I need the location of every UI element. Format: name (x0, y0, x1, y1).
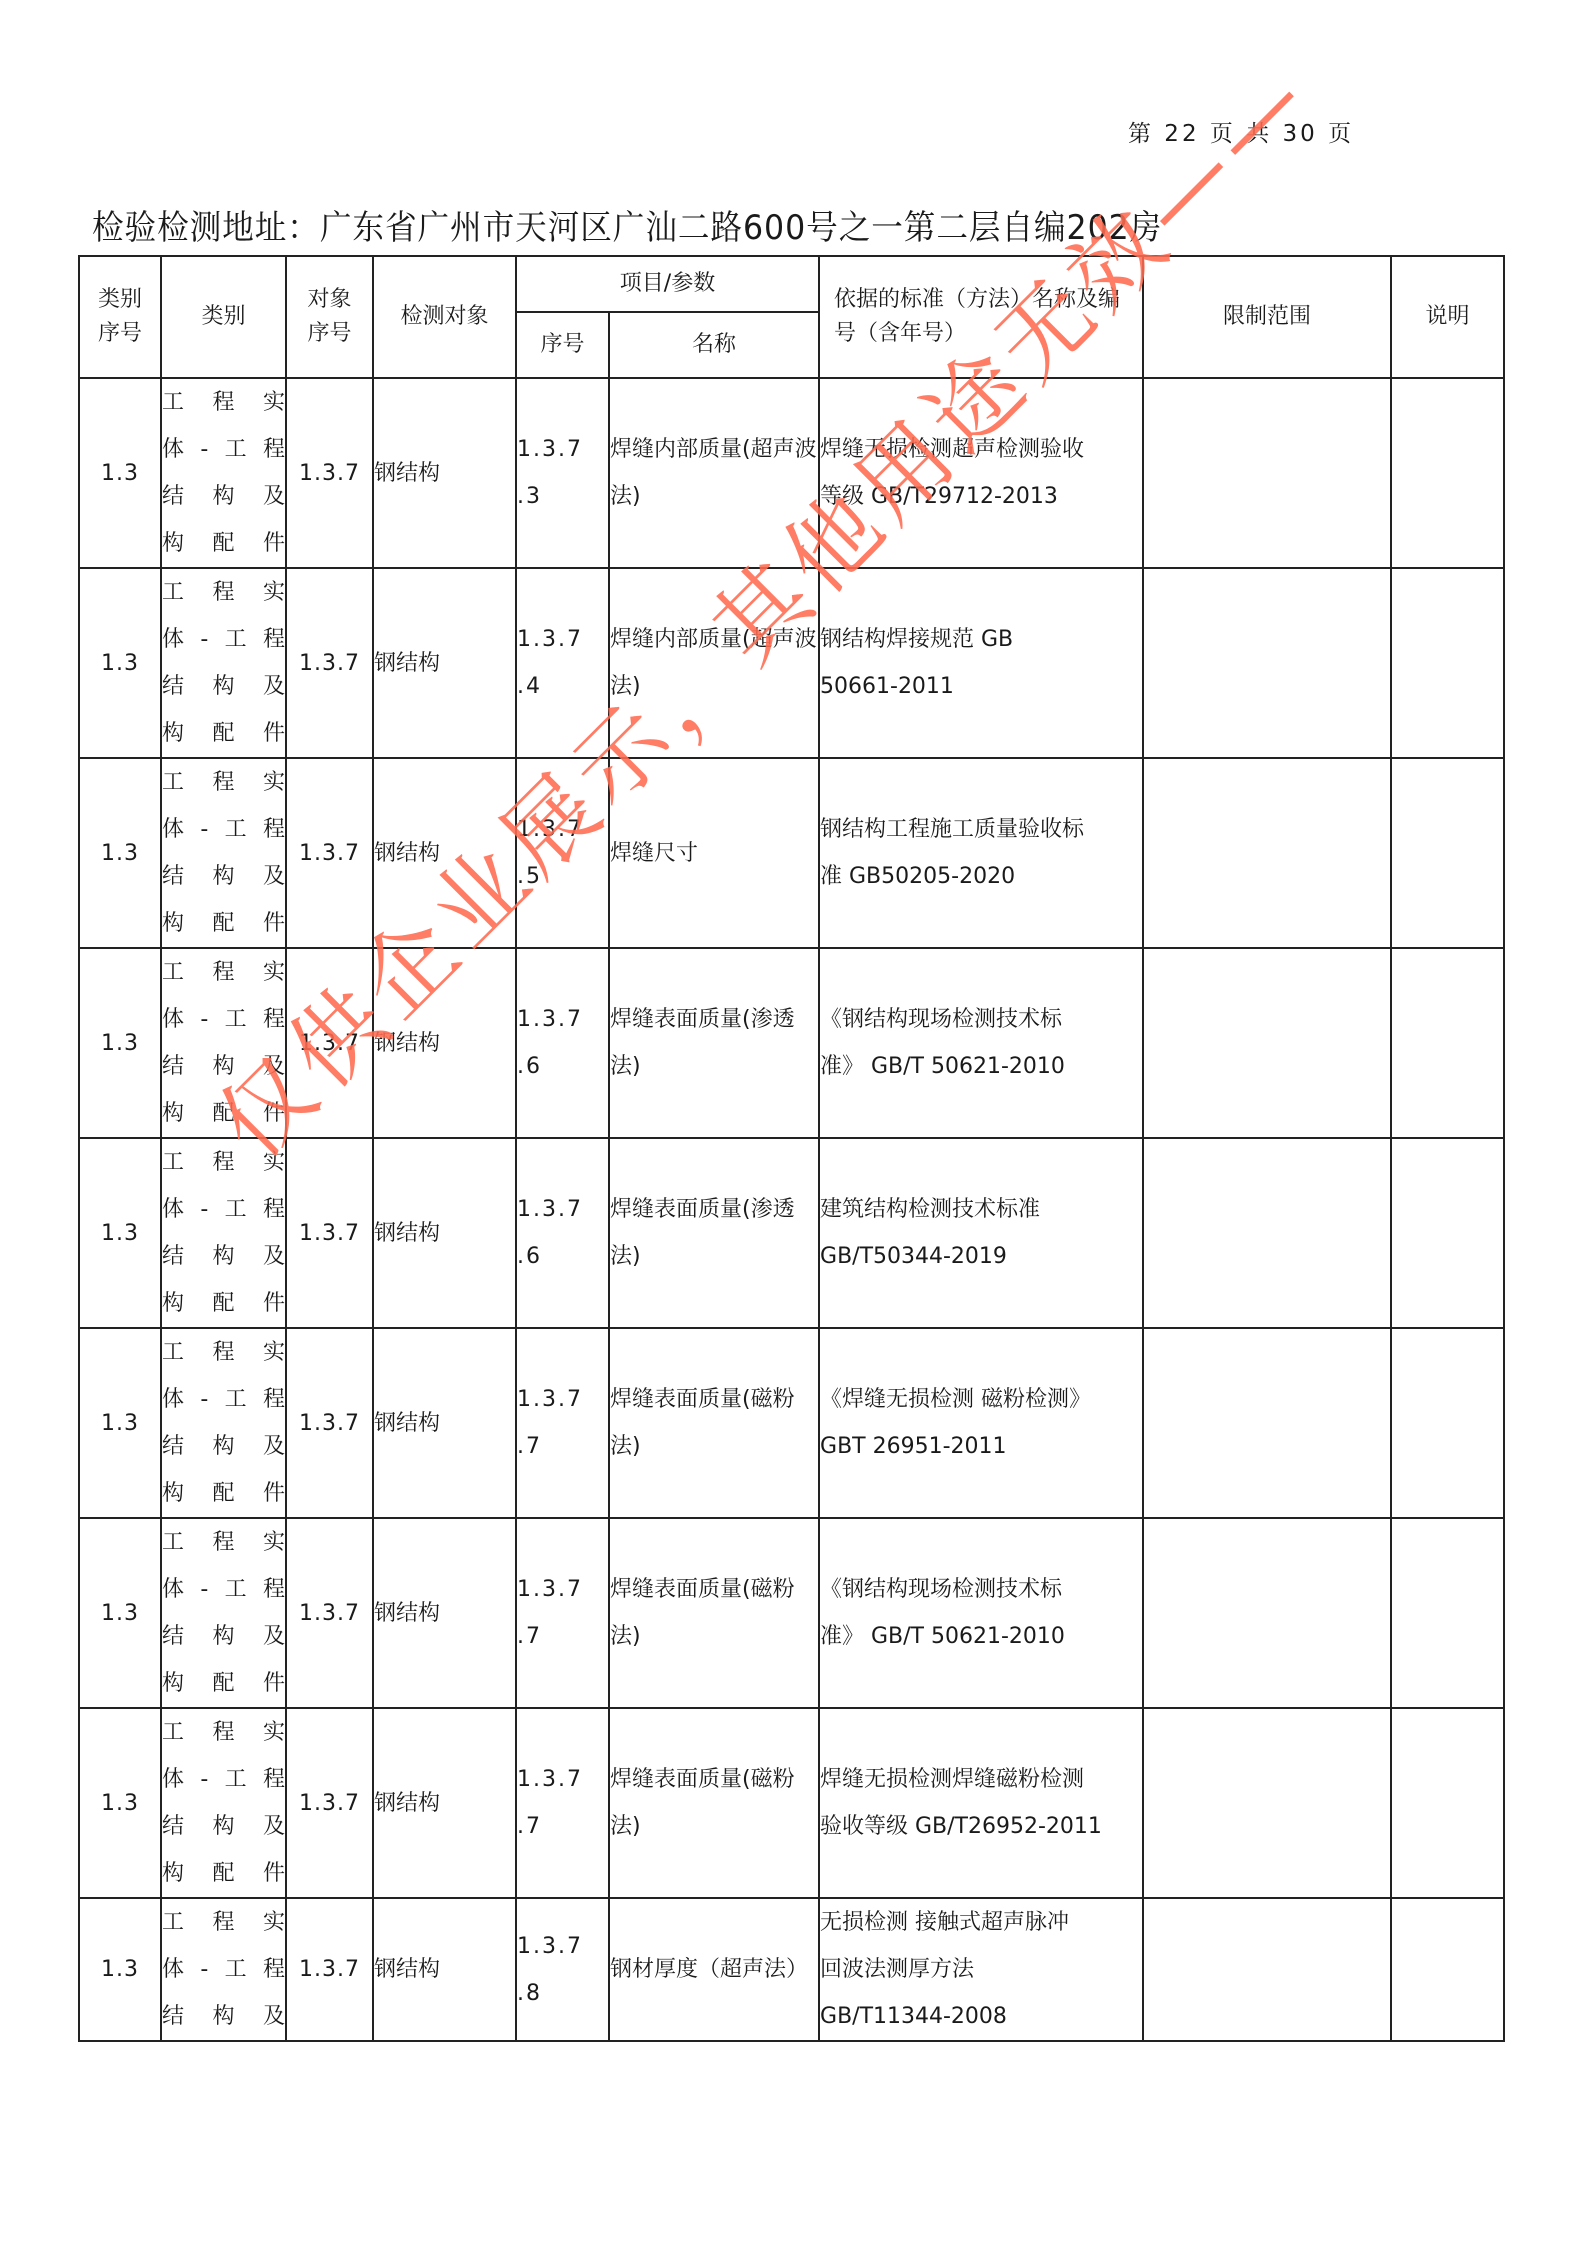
category-line: 体-工程 (162, 996, 285, 1043)
item-seq-line: 1.3.7 (517, 426, 608, 473)
standard-line: 准》 GB/T 50621-2010 (820, 1613, 1142, 1660)
cell-object-seq: 1.3.7 (286, 1518, 373, 1708)
cell-item-seq: 1.3.7.8 (516, 1898, 609, 2041)
category-line: 结构及 (162, 1613, 285, 1660)
standard-line: 准 GB50205-2020 (820, 853, 1142, 900)
standard-line: GBT 26951-2011 (820, 1423, 1142, 1470)
cell-category-seq: 1.3 (79, 1518, 161, 1708)
cell-item-name: 焊缝内部质量(超声波法) (609, 568, 819, 758)
item-seq-line: .7 (517, 1613, 608, 1660)
item-seq-line: .6 (517, 1233, 608, 1280)
category-line: 结构及 (162, 1043, 285, 1090)
cell-item-name: 焊缝表面质量(渗透法) (609, 948, 819, 1138)
cell-category: 工程实体-工程结构及构配件 (161, 948, 286, 1138)
item-seq-line: .7 (517, 1803, 608, 1850)
cell-category: 工程实体-工程结构及 (161, 1898, 286, 2041)
table-row: 1.3工程实体-工程结构及构配件1.3.7钢结构1.3.7.3焊缝内部质量(超声… (79, 378, 1504, 568)
item-seq-line: .8 (517, 1970, 608, 2017)
table-row: 1.3工程实体-工程结构及构配件1.3.7钢结构1.3.7.7焊缝表面质量(磁粉… (79, 1328, 1504, 1518)
cell-limit-range (1143, 758, 1391, 948)
header-item-seq: 序号 (516, 312, 609, 378)
header-limit-range: 限制范围 (1143, 256, 1391, 378)
category-line: 工程实 (162, 1139, 285, 1186)
category-line: 体-工程 (162, 616, 285, 663)
item-seq-line: 1.3.7 (517, 1376, 608, 1423)
header-category-seq: 类别 序号 (79, 256, 161, 378)
cell-item-name: 焊缝尺寸 (609, 758, 819, 948)
standard-line: 建筑结构检测技术标准 (820, 1186, 1142, 1233)
item-seq-line: 1.3.7 (517, 1186, 608, 1233)
category-line: 构配件 (162, 900, 285, 947)
category-line: 体-工程 (162, 1566, 285, 1613)
cell-remarks (1391, 1708, 1504, 1898)
table-row: 1.3工程实体-工程结构及构配件1.3.7钢结构1.3.7.6焊缝表面质量(渗透… (79, 1138, 1504, 1328)
cell-object-seq: 1.3.7 (286, 758, 373, 948)
standard-line: 无损检测 接触式超声脉冲 (820, 1899, 1142, 1946)
cell-limit-range (1143, 1708, 1391, 1898)
table-body: 1.3工程实体-工程结构及构配件1.3.7钢结构1.3.7.3焊缝内部质量(超声… (79, 378, 1504, 2041)
cell-category: 工程实体-工程结构及构配件 (161, 1708, 286, 1898)
cell-limit-range (1143, 1898, 1391, 2041)
item-seq-line: 1.3.7 (517, 1923, 608, 1970)
cell-test-object: 钢结构 (373, 568, 516, 758)
table-row: 1.3工程实体-工程结构及构配件1.3.7钢结构1.3.7.5焊缝尺寸钢结构工程… (79, 758, 1504, 948)
cell-item-name: 焊缝表面质量(磁粉法) (609, 1328, 819, 1518)
standard-line: 等级 GB/T29712-2013 (820, 473, 1142, 520)
category-line: 结构及 (162, 1993, 285, 2040)
cell-limit-range (1143, 568, 1391, 758)
cell-object-seq: 1.3.7 (286, 378, 373, 568)
category-line: 构配件 (162, 1280, 285, 1327)
table-row: 1.3工程实体-工程结构及构配件1.3.7钢结构1.3.7.7焊缝表面质量(磁粉… (79, 1708, 1504, 1898)
cell-standard: 钢结构焊接规范 GB50661-2011 (819, 568, 1143, 758)
header-test-object: 检测对象 (373, 256, 516, 378)
header-item-name: 名称 (609, 312, 819, 378)
category-line: 结构及 (162, 1423, 285, 1470)
standard-line: 回波法测厚方法 (820, 1946, 1142, 1993)
cell-standard: 无损检测 接触式超声脉冲回波法测厚方法GB/T11344-2008 (819, 1898, 1143, 2041)
cell-test-object: 钢结构 (373, 1328, 516, 1518)
category-line: 工程实 (162, 759, 285, 806)
cell-test-object: 钢结构 (373, 1138, 516, 1328)
category-line: 工程实 (162, 1519, 285, 1566)
standard-line: 焊缝无损检测超声检测验收 (820, 426, 1142, 473)
cell-limit-range (1143, 1518, 1391, 1708)
category-line: 构配件 (162, 520, 285, 567)
table-row: 1.3工程实体-工程结构及构配件1.3.7钢结构1.3.7.6焊缝表面质量(渗透… (79, 948, 1504, 1138)
category-line: 结构及 (162, 853, 285, 900)
cell-remarks (1391, 378, 1504, 568)
header-category: 类别 (161, 256, 286, 378)
item-seq-line: .6 (517, 1043, 608, 1090)
item-seq-line: 1.3.7 (517, 1756, 608, 1803)
cell-remarks (1391, 1328, 1504, 1518)
cell-object-seq: 1.3.7 (286, 948, 373, 1138)
standard-line: 焊缝无损检测焊缝磁粉检测 (820, 1756, 1142, 1803)
cell-category-seq: 1.3 (79, 1328, 161, 1518)
cell-category-seq: 1.3 (79, 378, 161, 568)
cell-item-seq: 1.3.7.4 (516, 568, 609, 758)
category-line: 工程实 (162, 949, 285, 996)
cell-item-name: 焊缝表面质量(磁粉法) (609, 1708, 819, 1898)
cell-item-name: 焊缝表面质量(磁粉法) (609, 1518, 819, 1708)
cell-item-seq: 1.3.7.6 (516, 948, 609, 1138)
cell-category-seq: 1.3 (79, 1138, 161, 1328)
cell-category: 工程实体-工程结构及构配件 (161, 758, 286, 948)
category-line: 工程实 (162, 1329, 285, 1376)
table-row: 1.3工程实体-工程结构及构配件1.3.7钢结构1.3.7.4焊缝内部质量(超声… (79, 568, 1504, 758)
category-line: 结构及 (162, 1233, 285, 1280)
category-line: 构配件 (162, 1090, 285, 1137)
item-seq-line: .3 (517, 473, 608, 520)
cell-category-seq: 1.3 (79, 568, 161, 758)
category-line: 工程实 (162, 1899, 285, 1946)
item-seq-line: 1.3.7 (517, 1566, 608, 1613)
category-line: 结构及 (162, 473, 285, 520)
standard-line: GB/T11344-2008 (820, 1993, 1142, 2040)
category-line: 体-工程 (162, 426, 285, 473)
cell-remarks (1391, 758, 1504, 948)
cell-remarks (1391, 568, 1504, 758)
standard-line: 准》 GB/T 50621-2010 (820, 1043, 1142, 1090)
category-line: 体-工程 (162, 806, 285, 853)
cell-test-object: 钢结构 (373, 378, 516, 568)
header-remarks: 说明 (1391, 256, 1504, 378)
cell-item-seq: 1.3.7.7 (516, 1708, 609, 1898)
category-line: 工程实 (162, 569, 285, 616)
cell-item-seq: 1.3.7.7 (516, 1518, 609, 1708)
cell-category: 工程实体-工程结构及构配件 (161, 1328, 286, 1518)
category-line: 构配件 (162, 1850, 285, 1897)
cell-category-seq: 1.3 (79, 758, 161, 948)
cell-object-seq: 1.3.7 (286, 1898, 373, 2041)
cell-standard: 焊缝无损检测超声检测验收等级 GB/T29712-2013 (819, 378, 1143, 568)
standard-line: 《钢结构现场检测技术标 (820, 996, 1142, 1043)
cell-remarks (1391, 1898, 1504, 2041)
header-item-param: 项目/参数 (516, 256, 819, 312)
category-line: 体-工程 (162, 1946, 285, 1993)
category-line: 结构及 (162, 663, 285, 710)
standard-line: 《焊缝无损检测 磁粉检测》 (820, 1376, 1142, 1423)
cell-limit-range (1143, 1138, 1391, 1328)
cell-limit-range (1143, 1328, 1391, 1518)
cell-category: 工程实体-工程结构及构配件 (161, 1518, 286, 1708)
category-line: 构配件 (162, 1660, 285, 1707)
category-line: 工程实 (162, 379, 285, 426)
cell-item-seq: 1.3.7.6 (516, 1138, 609, 1328)
testing-address: 检验检测地址：广东省广州市天河区广汕二路600号之一第二层自编202房 (92, 200, 1162, 249)
cell-item-seq: 1.3.7.7 (516, 1328, 609, 1518)
header-standard: 依据的标准（方法）名称及编号（含年号） (819, 256, 1143, 378)
cell-category-seq: 1.3 (79, 1708, 161, 1898)
cell-standard: 焊缝无损检测焊缝磁粉检测验收等级 GB/T26952-2011 (819, 1708, 1143, 1898)
standard-line: 钢结构焊接规范 GB (820, 616, 1142, 663)
cell-category-seq: 1.3 (79, 1898, 161, 2041)
capability-table: 类别 序号 类别 对象 序号 检测对象 项目/参数 依据的标准（方法）名称及编号… (78, 255, 1505, 2042)
cell-remarks (1391, 1138, 1504, 1328)
item-seq-line: .4 (517, 663, 608, 710)
cell-limit-range (1143, 378, 1391, 568)
standard-line: 钢结构工程施工质量验收标 (820, 806, 1142, 853)
category-line: 构配件 (162, 1470, 285, 1517)
cell-category: 工程实体-工程结构及构配件 (161, 568, 286, 758)
page-number: 第 22 页 共 30 页 (1128, 115, 1354, 148)
cell-object-seq: 1.3.7 (286, 1138, 373, 1328)
cell-limit-range (1143, 948, 1391, 1138)
cell-object-seq: 1.3.7 (286, 1708, 373, 1898)
item-seq-line: 1.3.7 (517, 616, 608, 663)
cell-test-object: 钢结构 (373, 1708, 516, 1898)
cell-standard: 建筑结构检测技术标准GB/T50344-2019 (819, 1138, 1143, 1328)
cell-item-name: 钢材厚度（超声法） (609, 1898, 819, 2041)
cell-standard: 钢结构工程施工质量验收标准 GB50205-2020 (819, 758, 1143, 948)
cell-category: 工程实体-工程结构及构配件 (161, 1138, 286, 1328)
cell-item-seq: 1.3.7.5 (516, 758, 609, 948)
cell-standard: 《焊缝无损检测 磁粉检测》GBT 26951-2011 (819, 1328, 1143, 1518)
category-line: 体-工程 (162, 1186, 285, 1233)
cell-test-object: 钢结构 (373, 1518, 516, 1708)
cell-remarks (1391, 1518, 1504, 1708)
item-seq-line: 1.3.7 (517, 996, 608, 1043)
item-seq-line: 1.3.7 (517, 806, 608, 853)
cell-test-object: 钢结构 (373, 1898, 516, 2041)
cell-category: 工程实体-工程结构及构配件 (161, 378, 286, 568)
category-line: 构配件 (162, 710, 285, 757)
category-line: 结构及 (162, 1803, 285, 1850)
cell-standard: 《钢结构现场检测技术标准》 GB/T 50621-2010 (819, 948, 1143, 1138)
category-line: 体-工程 (162, 1756, 285, 1803)
standard-line: GB/T50344-2019 (820, 1233, 1142, 1280)
cell-test-object: 钢结构 (373, 948, 516, 1138)
category-line: 体-工程 (162, 1376, 285, 1423)
item-seq-line: .7 (517, 1423, 608, 1470)
category-line: 工程实 (162, 1709, 285, 1756)
cell-object-seq: 1.3.7 (286, 568, 373, 758)
cell-category-seq: 1.3 (79, 948, 161, 1138)
cell-item-name: 焊缝表面质量(渗透法) (609, 1138, 819, 1328)
header-object-seq: 对象 序号 (286, 256, 373, 378)
cell-standard: 《钢结构现场检测技术标准》 GB/T 50621-2010 (819, 1518, 1143, 1708)
table-row: 1.3工程实体-工程结构及1.3.7钢结构1.3.7.8钢材厚度（超声法）无损检… (79, 1898, 1504, 2041)
cell-item-seq: 1.3.7.3 (516, 378, 609, 568)
cell-object-seq: 1.3.7 (286, 1328, 373, 1518)
standard-line: 验收等级 GB/T26952-2011 (820, 1803, 1142, 1850)
cell-remarks (1391, 948, 1504, 1138)
cell-item-name: 焊缝内部质量(超声波法) (609, 378, 819, 568)
cell-test-object: 钢结构 (373, 758, 516, 948)
item-seq-line: .5 (517, 853, 608, 900)
table-row: 1.3工程实体-工程结构及构配件1.3.7钢结构1.3.7.7焊缝表面质量(磁粉… (79, 1518, 1504, 1708)
standard-line: 50661-2011 (820, 663, 1142, 710)
standard-line: 《钢结构现场检测技术标 (820, 1566, 1142, 1613)
